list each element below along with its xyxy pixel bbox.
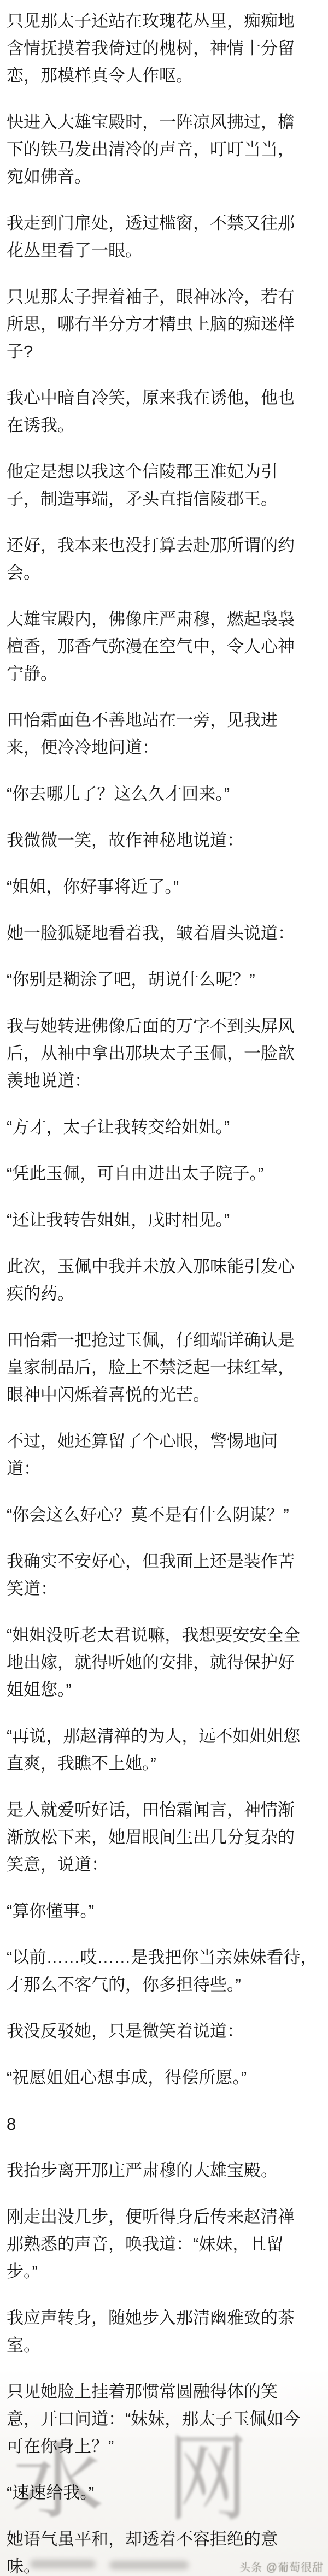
paragraph: 他定是想以我这个信陵郡王准妃为引 子，制造事端，矛头直指信陵郡王。 [7, 458, 320, 513]
paragraph: “祝愿姐姐心想事成，得偿所愿。” [7, 2064, 320, 2091]
paragraph: 大雄宝殿内，佛像庄严肃穆，燃起袅袅 檀香，那香气弥漫在空气中，令人心神 宁静。 [7, 606, 320, 688]
paragraph: 我心中暗自冷笑，原来我在诱他，他也 在诱我。 [7, 385, 320, 439]
paragraph: “还让我转告姐姐，戌时相见。” [7, 1207, 320, 1234]
paragraph: 不过，她还算留了个心眼，警惕地问 道： [7, 1428, 320, 1482]
paragraph: 她语气虽平和，却透着不容拒绝的意 味。 [7, 2526, 320, 2576]
paragraph: 此次，玉佩中我并未放入那味能引发心 疾的药。 [7, 1253, 320, 1308]
paragraph: “凭此玉佩，可自由进出太子院子。” [7, 1160, 320, 1187]
paragraph: “速速给我。” [7, 2479, 320, 2507]
paragraph: “你去哪儿了？这么久才回来。” [7, 781, 320, 808]
paragraph: “再说，那赵清禅的为人，远不如姐姐您 直爽，我瞧不上她。” [7, 1723, 320, 1777]
paragraph: 刚走出没几步，便听得身后传来赵清禅 那熟悉的声音，唤我道：“妹妹，且留 步。” [7, 2203, 320, 2285]
paragraph: 8 [7, 2111, 320, 2138]
paragraph: 只见她脸上挂着那惯常圆融得体的笑 意，开口问道：“妹妹，那太子玉佩如今 可在你身… [7, 2378, 320, 2460]
paragraph: “以前……哎……是我把你当亲妹妹看待， 才那么不客气的，你多担待些。” [7, 1944, 320, 1999]
paragraph: 我抬步离开那庄严肃穆的大雄宝殿。 [7, 2157, 320, 2184]
paragraph: “方才，太子让我转交给姐姐。” [7, 1114, 320, 1141]
paragraph: 我确实不安好心，但我面上还是装作苦 笑道： [7, 1548, 320, 1603]
paragraph: 快进入大雄宝殿时，一阵凉风拂过，檐 下的铁马发出清冷的声音，叮叮当当， 宛如佛音… [7, 109, 320, 191]
paragraph: 我微微一笑，故作神秘地说道： [7, 827, 320, 854]
paragraph: 我没反驳她，只是微笑着说道： [7, 2018, 320, 2045]
paragraph: “你别是糊涂了吧，胡说什么呢？” [7, 966, 320, 994]
paragraph: 还好，我本来也没打算去赴那所谓的约 会。 [7, 532, 320, 587]
paragraph: 我与她转进佛像后面的万字不到头屏风 后，从袖中拿出那块太子玉佩，一脸歆 羡地说道… [7, 1013, 320, 1095]
paragraph: 我应声转身，随她步入那清幽雅致的茶 室。 [7, 2305, 320, 2359]
paragraph: 我走到门扉处，透过槛窗，不禁又往那 花丛里看了一眼。 [7, 210, 320, 264]
paragraph: “你会这么好心？莫不是有什么阴谋？” [7, 1502, 320, 1529]
paragraph: 是人就爱听好话，田怡霜闻言，神情渐 渐放松下来，她眉眼间生出几分复杂的 笑意，说… [7, 1797, 320, 1878]
paragraph: 田怡霜一把抢过玉佩，仔细端详确认是 皇家制品后，脸上不禁泛起一抹红晕， 眼神中闪… [7, 1327, 320, 1409]
novel-text: 只见那太子还站在玫瑰花丛里，痴痴地 含情抚摸着我倚过的槐树，神情十分留 恋，那模… [0, 0, 328, 2576]
paragraph: 她一脸狐疑地看着我，皱着眉头说道： [7, 920, 320, 947]
paragraph: “姐姐没听老太君说嘛，我想要安安全全 地出嫁，就得听她的安排，就得保护好 姐姐您… [7, 1622, 320, 1704]
paragraph: “算你懂事。” [7, 1898, 320, 1925]
novel-reader-page: 水 网 头条 @葡萄很甜 只见那太子还站在玫瑰花丛里，痴痴地 含情抚摸着我倚过的… [0, 0, 328, 2576]
paragraph: 田怡霜面色不善地站在一旁，见我进 来，便冷冷地问道： [7, 707, 320, 761]
paragraph: “姐姐，你好事将近了。” [7, 873, 320, 901]
paragraph: 只见那太子捏着袖子，眼神冰冷，若有 所思，哪有半分方才精虫上脑的痴迷样 子? [7, 283, 320, 365]
paragraph: 只见那太子还站在玫瑰花丛里，痴痴地 含情抚摸着我倚过的槐树，神情十分留 恋，那模… [7, 8, 320, 90]
